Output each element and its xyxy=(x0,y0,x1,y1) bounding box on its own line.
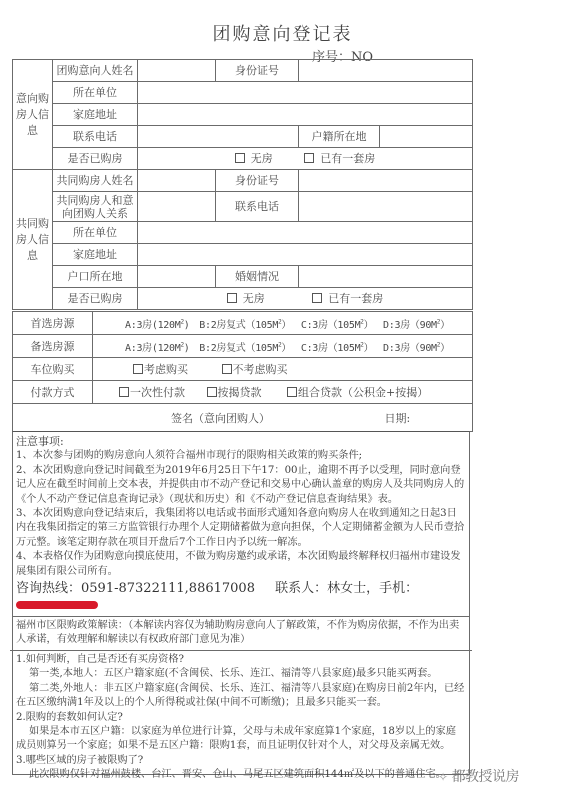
house-option-d[interactable]: D:3房（90M2） xyxy=(383,343,450,354)
policy-answer-1a: 第一类,本地人：五区户籍家庭(不含闽侯、长乐、连江、福清等八县家庭)最多只能买两… xyxy=(16,667,466,681)
co-buyer-owned-one-option[interactable]: 已有一套房 xyxy=(312,292,383,305)
payment-combined-option[interactable]: 组合贷款（公积金+按揭） xyxy=(287,386,428,399)
co-buyer-phone-label: 联系电话 xyxy=(216,192,299,222)
buyer-hukou-cell: 户籍所在地 xyxy=(299,126,473,148)
wechat-icon: ✧ xyxy=(438,770,448,784)
first-choice-label: 首选房源 xyxy=(13,312,93,335)
buyer-owned-label: 是否已购房 xyxy=(53,148,138,170)
signature-row: 签名（意向团购人） 日期: xyxy=(13,404,473,432)
hotline-numbers: 0591-87322111,88617008 xyxy=(81,581,255,596)
hotline-label: 咨询热线： xyxy=(16,581,81,596)
checkbox-icon[interactable] xyxy=(207,387,217,397)
policy-answer-1b: 第二类,外地人：非五区户籍家庭(含闽侯、长乐、连江、福清等八县家庭)在购房日前2… xyxy=(16,682,466,711)
buyer-hukou-label: 户籍所在地 xyxy=(299,126,380,147)
policy-question-1: 1.如何判断，自己是否还有买房资格? xyxy=(16,653,466,667)
policy-section: 福州市区限购政策解读：（本解读内容仅为辅助购房意向人了解政策，不作为购房依据，不… xyxy=(13,617,469,782)
watermark-text: 都教授说房 xyxy=(452,769,520,785)
house-option-b[interactable]: B:2房复式（105M2） xyxy=(199,320,291,331)
policy-question-3: 3.哪些区域的房子被限购了? xyxy=(16,754,466,768)
buyer-phone-label: 联系电话 xyxy=(53,126,138,148)
co-buyer-employer-label: 所在单位 xyxy=(53,222,138,244)
checkbox-icon[interactable] xyxy=(227,293,237,303)
payment-label: 付款方式 xyxy=(13,381,93,404)
co-buyer-owned-label: 是否已购房 xyxy=(53,288,138,310)
contact-line: 咨询热线：0591-87322111,88617008 联系人：林女士，手机： xyxy=(16,580,466,616)
buyer-name-label: 团购意向人姓名 xyxy=(53,60,138,82)
buyer-address-label: 家庭地址 xyxy=(53,104,138,126)
co-buyer-name-field[interactable] xyxy=(138,170,216,192)
house-option-c[interactable]: C:3房（105M2） xyxy=(301,320,373,331)
contact-label: 联系人：林女士，手机： xyxy=(275,581,418,596)
buyer-address-field[interactable] xyxy=(138,104,473,126)
house-option-b[interactable]: B:2房复式（105M2） xyxy=(199,343,291,354)
house-option-d[interactable]: D:3房（90M2） xyxy=(383,320,450,331)
checkbox-icon[interactable] xyxy=(133,364,143,374)
policy-answer-3: 此次限购仅针对福州鼓楼、台江、晋安、仓山、马尾五区建筑面积144㎡及以下的普通住… xyxy=(16,768,466,782)
notes-heading: 注意事项: xyxy=(16,435,466,449)
house-option-c[interactable]: C:3房（105M2） xyxy=(301,343,373,354)
co-buyer-relation-label: 共同购房人和意向团购人关系 xyxy=(53,192,138,222)
checkbox-icon[interactable] xyxy=(235,153,245,163)
co-buyer-relation-field[interactable] xyxy=(138,192,216,222)
checkbox-icon[interactable] xyxy=(119,387,129,397)
buyer-owned-options: 无房 已有一套房 xyxy=(138,148,473,170)
parking-options: 考虑购买 不考虑购买 xyxy=(93,358,473,381)
parking-decline-option[interactable]: 不考虑购买 xyxy=(222,363,288,376)
buyer-employer-field[interactable] xyxy=(138,82,473,104)
buyer-section-label: 意向购房人信息 xyxy=(13,60,53,170)
payment-mortgage-option[interactable]: 按揭贷款 xyxy=(207,386,262,399)
parking-label: 车位购买 xyxy=(13,358,93,381)
note-item-2: 2、本次团购意向登记时间截至为2019年6月25日下午17：00止，逾期不再予以… xyxy=(16,464,466,507)
preferences-table: 首选房源 A:3房(120M2) B:2房复式（105M2） C:3房（105M… xyxy=(12,311,473,432)
co-buyer-phone-field[interactable] xyxy=(299,192,473,222)
buyer-owned-one-option[interactable]: 已有一套房 xyxy=(304,152,375,165)
checkbox-icon[interactable] xyxy=(287,387,297,397)
document-title: 团购意向登记表 xyxy=(0,20,565,46)
registration-form-table: 意向购房人信息 团购意向人姓名 身份证号 所在单位 家庭地址 联系电话 户籍所在… xyxy=(12,59,473,310)
signature-label: 签名（意向团购人） xyxy=(171,410,381,426)
payment-full-option[interactable]: 一次性付款 xyxy=(119,386,185,399)
policy-question-2: 2.限购的套数如何认定? xyxy=(16,711,466,725)
note-item-3: 3、本次团购意向登记结束后，我集团将以电话或书面形式通知各意向购房人在收到通知之… xyxy=(16,507,466,550)
checkbox-icon[interactable] xyxy=(222,364,232,374)
note-item-4: 4、本表格仅作为团购意向摸底使用，不做为购房邀约或承诺，本次团购最终解释权归福州… xyxy=(16,550,466,579)
buyer-name-field[interactable] xyxy=(138,60,216,82)
first-choice-options[interactable]: A:3房(120M2) B:2房复式（105M2） C:3房（105M2） D:… xyxy=(93,312,473,335)
co-buyer-id-field[interactable] xyxy=(299,170,473,192)
checkbox-icon[interactable] xyxy=(312,293,322,303)
co-buyer-address-label: 家庭地址 xyxy=(53,244,138,266)
watermark: ✧都教授说房 xyxy=(438,766,519,786)
buyer-employer-label: 所在单位 xyxy=(53,82,138,104)
second-choice-label: 备选房源 xyxy=(13,335,93,358)
co-buyer-hukou-field[interactable] xyxy=(138,266,216,288)
redacted-mobile xyxy=(16,601,98,609)
note-item-1: 1、本次参与团购的购房意向人须符合福州市现行的限购相关政策的购买条件; xyxy=(16,449,466,463)
co-buyer-section-label: 共同购房人信息 xyxy=(13,170,53,310)
buyer-owned-none-option[interactable]: 无房 xyxy=(235,152,273,165)
co-buyer-address-field[interactable] xyxy=(138,244,473,266)
house-option-a[interactable]: A:3房(120M2) xyxy=(125,343,190,354)
parking-consider-option[interactable]: 考虑购买 xyxy=(133,363,188,376)
co-buyer-marital-field[interactable] xyxy=(299,266,473,288)
co-buyer-hukou-label: 户口所在地 xyxy=(53,266,138,288)
policy-answer-2: 如果是本市五区户籍：以家庭为单位进行计算，父母与未成年家庭算1个家庭，18岁以上… xyxy=(16,725,466,754)
policy-divider xyxy=(10,650,472,651)
house-option-a[interactable]: A:3房(120M2) xyxy=(125,320,190,331)
buyer-id-field[interactable] xyxy=(299,60,473,82)
co-buyer-owned-none-option[interactable]: 无房 xyxy=(227,292,265,305)
payment-options: 一次性付款 按揭贷款 组合贷款（公积金+按揭） xyxy=(93,381,473,404)
co-buyer-marital-label: 婚姻情况 xyxy=(216,266,299,288)
co-buyer-employer-field[interactable] xyxy=(138,222,473,244)
co-buyer-owned-options: 无房 已有一套房 xyxy=(138,288,473,310)
co-buyer-id-label: 身份证号 xyxy=(216,170,299,192)
buyer-phone-field[interactable] xyxy=(138,126,299,148)
policy-intro: 福州市区限购政策解读：（本解读内容仅为辅助购房意向人了解政策，不作为购房依据，不… xyxy=(16,619,466,648)
checkbox-icon[interactable] xyxy=(304,153,314,163)
date-label: 日期: xyxy=(385,412,411,425)
second-choice-options[interactable]: A:3房(120M2) B:2房复式（105M2） C:3房（105M2） D:… xyxy=(93,335,473,358)
buyer-id-label: 身份证号 xyxy=(216,60,299,82)
notes-panel: 注意事项: 1、本次参与团购的购房意向人须符合福州市现行的限购相关政策的购买条件… xyxy=(12,431,470,775)
co-buyer-name-label: 共同购房人姓名 xyxy=(53,170,138,192)
